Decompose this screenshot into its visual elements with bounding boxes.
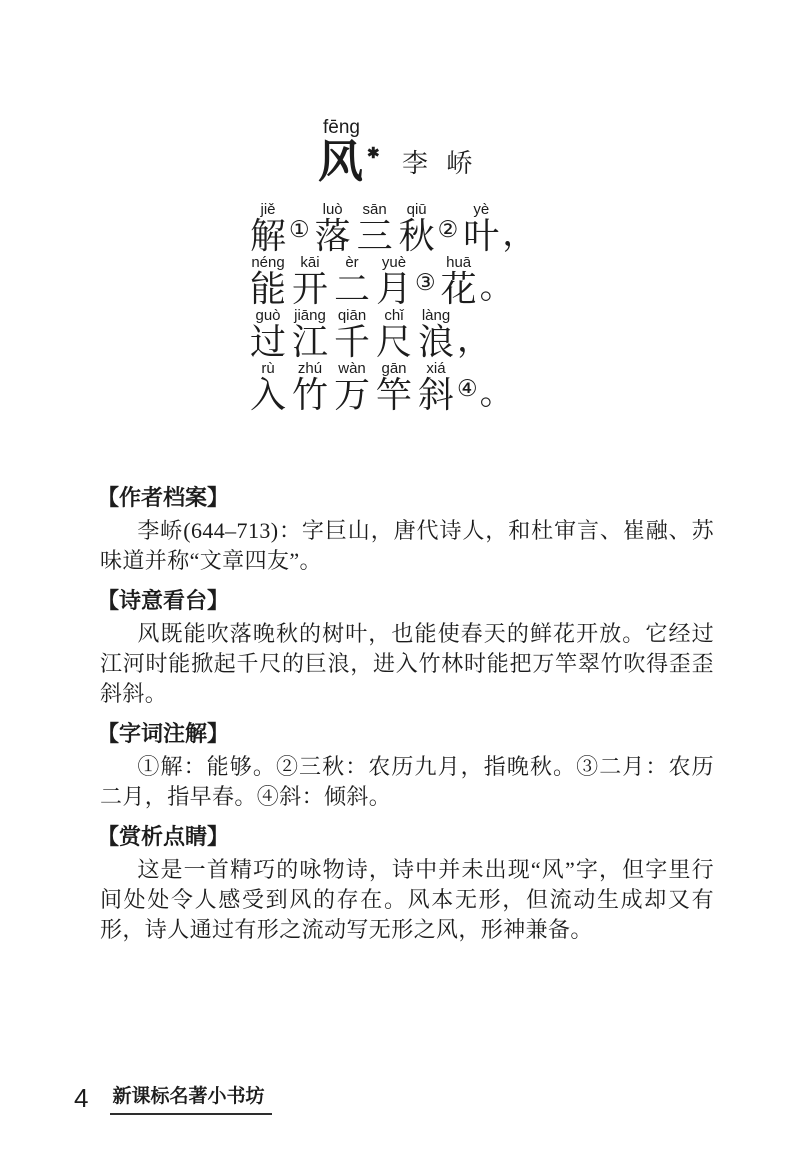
poem-syllable: rù入: [247, 361, 289, 414]
poem-character: 开: [292, 270, 328, 308]
pinyin-annotation: huā: [446, 255, 471, 270]
pinyin-annotation: sān: [363, 202, 387, 217]
pinyin-annotation: chǐ: [384, 308, 403, 323]
pinyin-annotation: jiě: [260, 202, 275, 217]
section-author-profile: 【作者档案】 李峤(644–713)：字巨山，唐代诗人，和杜审言、崔融、苏味道并…: [100, 484, 714, 576]
poem-syllable: guò过: [247, 308, 289, 361]
section-heading: 【赏析点睛】: [97, 823, 714, 850]
poem-character: 千: [334, 323, 370, 361]
poem-character: 二: [334, 270, 370, 308]
page-footer: 4 新课标名著小书坊: [74, 1083, 272, 1115]
poem-character: 叶: [463, 217, 499, 255]
poem-character: 竹: [292, 376, 328, 414]
pinyin-annotation: làng: [422, 308, 450, 323]
poem-character: 解: [250, 217, 286, 255]
poem-character: 万: [334, 376, 370, 414]
poem-character: 月: [376, 270, 412, 308]
poem-syllable: gān竿: [373, 361, 415, 414]
book-page: fēng 风 ✱ 李 峤 jiě解①luò落sān三qiū秋②yè叶，néng能…: [0, 0, 800, 1158]
poem-character: 浪: [418, 323, 454, 361]
poem-punctuation: ，: [502, 215, 538, 255]
poem-syllable: qiū秋: [396, 202, 438, 255]
pinyin-annotation: èr: [345, 255, 358, 270]
asterisk-footnote-icon: ✱: [367, 144, 380, 163]
poem-syllable: kāi开: [289, 255, 331, 308]
pinyin-annotation: yè: [473, 202, 489, 217]
pinyin-annotation: kāi: [300, 255, 319, 270]
poem-punctuation: 。: [480, 374, 516, 414]
poem-character: 三: [357, 217, 393, 255]
poem-punctuation: ，: [457, 321, 493, 361]
poem-syllable: sān三: [354, 202, 396, 255]
title-character: 风: [318, 138, 363, 186]
book-series-title: 新课标名著小书坊: [110, 1083, 272, 1115]
poem-author: 李 峤: [402, 150, 479, 178]
section-heading: 【作者档案】: [97, 484, 714, 511]
footnote-number-marker: ④: [457, 377, 478, 400]
footnote-number-marker: ①: [289, 218, 310, 241]
poem-syllable: làng浪: [415, 308, 457, 361]
section-body: 风既能吹落晚秋的树叶，也能使春天的鲜花开放。它经过江河时能掀起千尺的巨浪，进入竹…: [100, 619, 714, 709]
poem-syllable: yuè月: [373, 255, 415, 308]
poem-syllable: jiāng江: [289, 308, 331, 361]
poem-syllable: huā花: [438, 255, 480, 308]
poem-syllable: èr二: [331, 255, 373, 308]
section-heading: 【字词注解】: [97, 720, 714, 747]
poem-syllable: xiá斜: [415, 361, 457, 414]
pinyin-annotation: wàn: [338, 361, 366, 376]
poem-character: 斜: [418, 376, 454, 414]
poem-punctuation: 。: [480, 268, 516, 308]
footnote-number-marker: ③: [415, 271, 436, 294]
poem-character: 江: [292, 323, 328, 361]
poem-syllable: zhú竹: [289, 361, 331, 414]
poem-syllable: chǐ尺: [373, 308, 415, 361]
footnote-number-marker: ②: [438, 218, 459, 241]
section-appreciation: 【赏析点睛】 这是一首精巧的咏物诗，诗中并未出现“风”字，但字里行间处处令人感受…: [100, 823, 714, 945]
poem: jiě解①luò落sān三qiū秋②yè叶，néng能kāi开èr二yuè月③h…: [247, 202, 538, 414]
poem-character: 落: [315, 217, 351, 255]
poem-line-2: néng能kāi开èr二yuè月③huā花。: [247, 255, 538, 308]
title-character-row: 风 ✱: [318, 138, 380, 186]
poem-syllable: yè叶: [460, 202, 502, 255]
page-number: 4: [74, 1083, 88, 1113]
poem-syllable: luò落: [312, 202, 354, 255]
pinyin-annotation: qiū: [407, 202, 427, 217]
pinyin-annotation: yuè: [382, 255, 406, 270]
section-body: 这是一首精巧的咏物诗，诗中并未出现“风”字，但字里行间处处令人感受到风的存在。风…: [100, 855, 714, 945]
section-body: 李峤(644–713)：字巨山，唐代诗人，和杜审言、崔融、苏味道并称“文章四友”…: [100, 516, 714, 576]
poem-line-3: guò过jiāng江qiān千chǐ尺làng浪，: [247, 308, 538, 361]
title-pinyin: fēng: [323, 118, 380, 138]
poem-character: 过: [250, 323, 286, 361]
poem-character: 秋: [399, 217, 435, 255]
pinyin-annotation: qiān: [338, 308, 366, 323]
section-body: ①解：能够。②三秋：农历九月，指晚秋。③二月：农历二月，指早春。④斜：倾斜。: [100, 752, 714, 812]
pinyin-annotation: jiāng: [294, 308, 326, 323]
poem-character: 竿: [376, 376, 412, 414]
section-poem-meaning: 【诗意看台】 风既能吹落晚秋的树叶，也能使春天的鲜花开放。它经过江河时能掀起千尺…: [100, 587, 714, 709]
poem-character: 入: [250, 376, 286, 414]
poem-line-1: jiě解①luò落sān三qiū秋②yè叶，: [247, 202, 538, 255]
poem-character: 尺: [376, 323, 412, 361]
pinyin-annotation: zhú: [298, 361, 322, 376]
poem-syllable: qiān千: [331, 308, 373, 361]
pinyin-annotation: gān: [381, 361, 406, 376]
section-heading: 【诗意看台】: [97, 587, 714, 614]
poem-syllable: jiě解: [247, 202, 289, 255]
pinyin-annotation: rù: [261, 361, 274, 376]
pinyin-annotation: xiá: [426, 361, 445, 376]
poem-character: 花: [441, 270, 477, 308]
pinyin-annotation: luò: [323, 202, 343, 217]
section-word-notes: 【字词注解】 ①解：能够。②三秋：农历九月，指晚秋。③二月：农历二月，指早春。④…: [100, 720, 714, 812]
annotation-sections: 【作者档案】 李峤(644–713)：字巨山，唐代诗人，和杜审言、崔融、苏味道并…: [100, 484, 714, 945]
poem-syllable: wàn万: [331, 361, 373, 414]
poem-line-4: rù入zhú竹wàn万gān竿xiá斜④。: [247, 361, 538, 414]
poem-character: 能: [250, 270, 286, 308]
pinyin-annotation: néng: [251, 255, 284, 270]
pinyin-annotation: guò: [255, 308, 280, 323]
poem-syllable: néng能: [247, 255, 289, 308]
poem-title-block: fēng 风 ✱: [318, 118, 380, 186]
